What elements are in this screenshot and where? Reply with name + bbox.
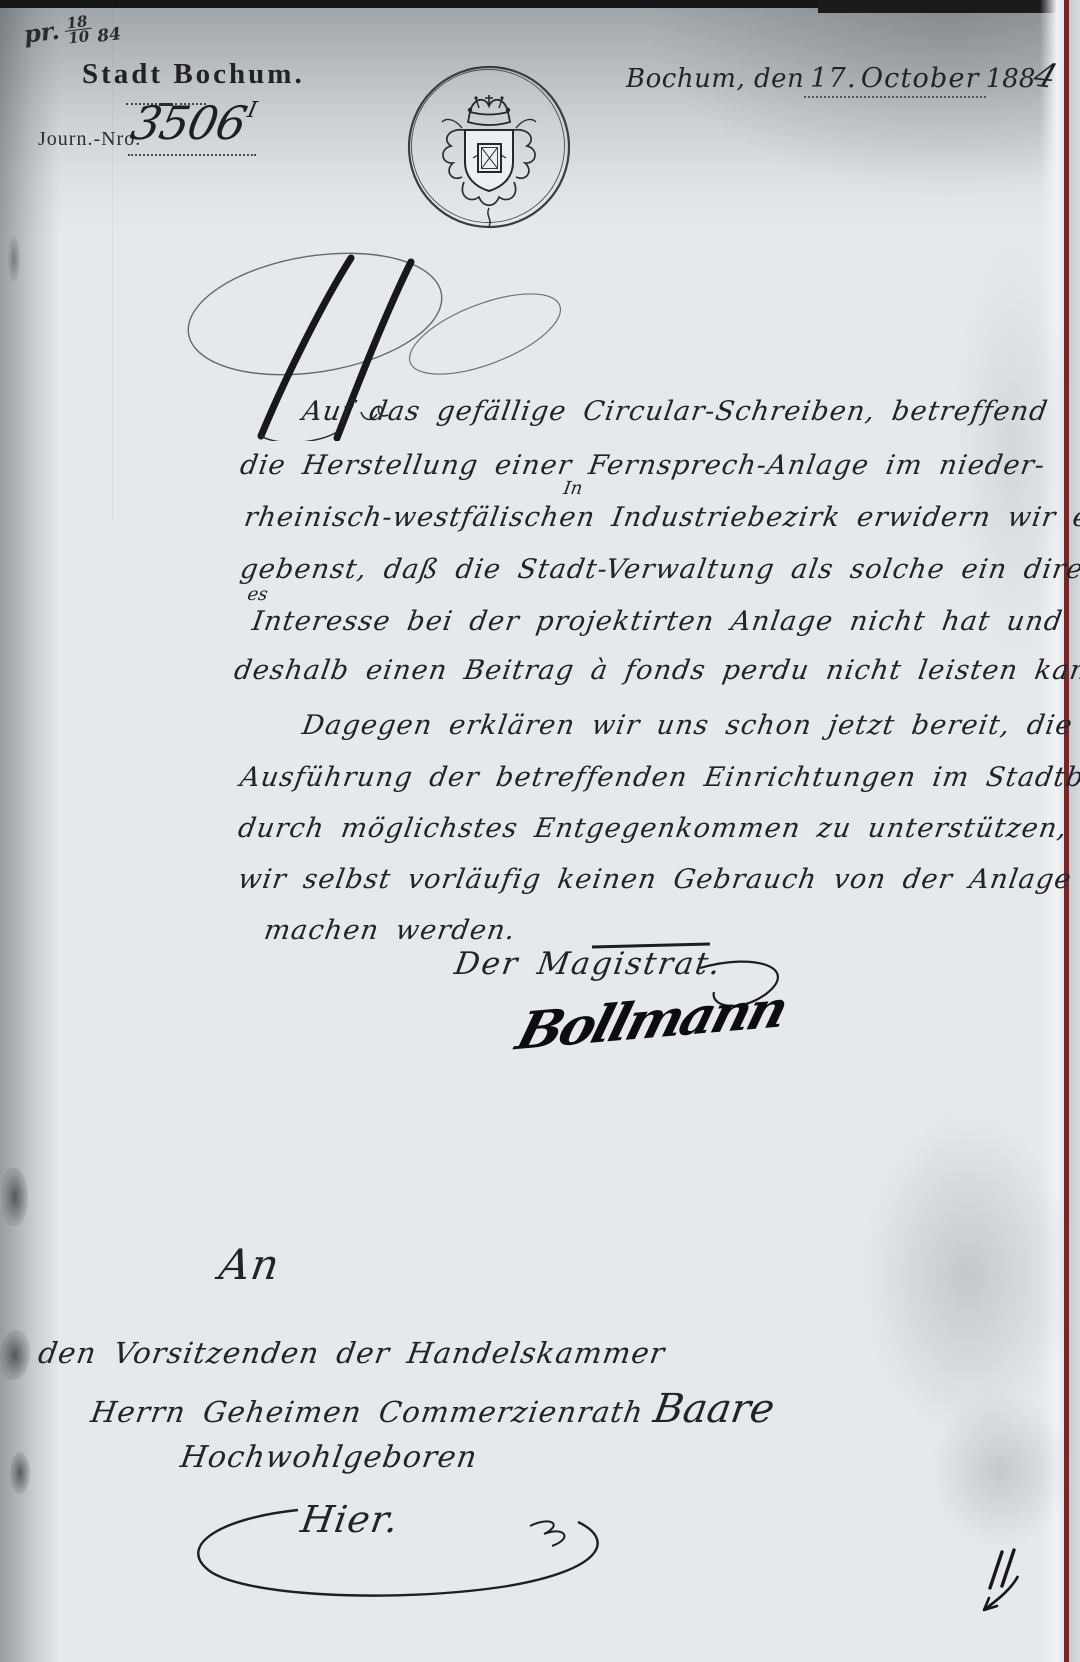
closing-der-magistrat: Der Magistrat. (452, 946, 725, 982)
address-salutation: An (216, 1240, 284, 1289)
address-honorific: Hochwohlgeboren (178, 1440, 480, 1475)
paper-tear-mark (8, 236, 20, 282)
dateline-year-printed: 188 (986, 64, 1036, 94)
address-line: Herrn Geheimen CommerzienrathBaare (88, 1386, 778, 1432)
dateline-month: October (861, 63, 980, 94)
scan-top-right-shadow (640, 8, 1080, 198)
body-line: wir selbst vorläufig keinen Gebrauch von… (236, 864, 1074, 895)
recipient-name: Baare (640, 1386, 777, 1432)
registry-date-fraction: 18 10 (63, 14, 93, 47)
body-line: die Herstellung einer Fernsprech-Anlage … (238, 450, 1048, 481)
registry-year: 84 (96, 24, 122, 47)
body-line: Dagegen erklären wir uns schon jetzt ber… (300, 710, 1075, 741)
paper-stain (930, 1390, 1070, 1550)
paper-stain (860, 1110, 1075, 1440)
city-coat-of-arms-seal (402, 56, 577, 238)
paper-tear-mark (2, 1168, 28, 1226)
registry-prefix: pr. (22, 16, 61, 49)
journal-dotted-line (128, 154, 256, 156)
body-line: durch möglichstes Entgegenkommen zu unte… (236, 813, 1080, 844)
body-line: gebenst, daß die Stadt-Verwaltung als so… (238, 554, 1080, 585)
dateline-day: 17. (810, 63, 857, 94)
dateline: Bochum, den 17. October 1884 (626, 56, 1058, 98)
magistrat-signature: Bollmann (510, 979, 793, 1062)
scanned-letter-page: pr. 18 10 84 Stadt Bochum. Journ.-Nro. 3… (0, 0, 1080, 1662)
interline-insertion: In (562, 478, 584, 499)
body-line: machen werden. (262, 915, 518, 946)
dateline-place-printed: Bochum, den (626, 64, 804, 94)
address-line: den Vorsitzenden der Handelskammer (36, 1336, 668, 1370)
body-line: Interesse bei der projektirten Anlage ni… (250, 606, 1065, 637)
paper-tear-mark (10, 1452, 30, 1494)
dateline-dotted-fill: 17. October (804, 63, 985, 98)
address-underline-flourish (178, 1492, 618, 1607)
interline-insertion: es (246, 584, 269, 605)
body-line: deshalb einen Beitrag à fonds perdu nich… (232, 655, 1080, 686)
body-line: Auf das gefällige Circular-Schreiben, be… (300, 396, 1050, 427)
sender-letterhead: Stadt Bochum. (82, 58, 305, 91)
page-turn-paraph (972, 1544, 1032, 1629)
journal-number-value: 3506I (126, 96, 259, 150)
body-line: rheinisch-westfälischen Industriebezirk … (242, 502, 1080, 533)
body-line: Ausführung der betreffenden Einrichtunge… (238, 762, 1080, 793)
